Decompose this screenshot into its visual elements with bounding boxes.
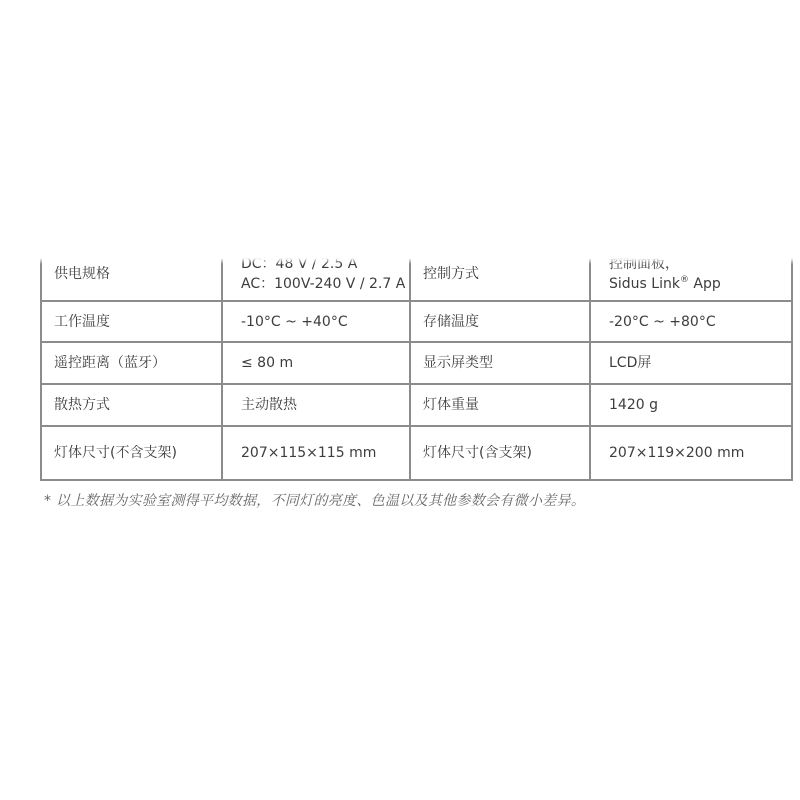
label-remote-range: 遥控距离（蓝牙）: [41, 342, 222, 384]
table-row: 工作温度 -10°C ~ +40°C 存储温度 -20°C ~ +80°C: [41, 301, 792, 342]
value-power-supply: DC：48 V / 2.5 A AC：100V-240 V / 2.7 A: [222, 258, 410, 301]
app-suffix: App: [689, 276, 721, 292]
value-storage-temp: -20°C ~ +80°C: [590, 301, 792, 342]
value-cooling-method: 主动散热: [222, 384, 410, 426]
table-row: 灯体尺寸(不含支架) 207×115×115 mm 灯体尺寸(含支架) 207×…: [41, 426, 792, 480]
value-operating-temp: -10°C ~ +40°C: [222, 301, 410, 342]
label-power-supply: 供电规格: [41, 258, 222, 301]
value-control-method: 控制面板， Sidus Link® App: [590, 258, 792, 301]
spec-table: 供电规格 DC：48 V / 2.5 A AC：100V-240 V / 2.7…: [40, 258, 793, 481]
app-name: Sidus Link: [609, 276, 680, 292]
table-row: 供电规格 DC：48 V / 2.5 A AC：100V-240 V / 2.7…: [41, 258, 792, 301]
label-display-type: 显示屏类型: [410, 342, 590, 384]
label-weight: 灯体重量: [410, 384, 590, 426]
value-size-with-bracket: 207×119×200 mm: [590, 426, 792, 480]
value-control-app: Sidus Link® App: [609, 274, 791, 294]
footnote: * 以上数据为实验室测得平均数据，不同灯的亮度、色温以及其他参数会有微小差异。: [44, 490, 585, 510]
label-size-without-bracket: 灯体尺寸(不含支架): [41, 426, 222, 480]
value-size-without-bracket: 207×115×115 mm: [222, 426, 410, 480]
value-weight: 1420 g: [590, 384, 792, 426]
table-row: 散热方式 主动散热 灯体重量 1420 g: [41, 384, 792, 426]
label-storage-temp: 存储温度: [410, 301, 590, 342]
label-size-with-bracket: 灯体尺寸(含支架): [410, 426, 590, 480]
registered-mark: ®: [680, 275, 689, 285]
label-control-method: 控制方式: [410, 258, 590, 301]
top-fade: [0, 258, 800, 264]
value-power-ac: AC：100V-240 V / 2.7 A: [241, 274, 409, 294]
table-row: 遥控距离（蓝牙） ≤ 80 m 显示屏类型 LCD屏: [41, 342, 792, 384]
value-remote-range: ≤ 80 m: [222, 342, 410, 384]
value-display-type: LCD屏: [590, 342, 792, 384]
label-cooling-method: 散热方式: [41, 384, 222, 426]
label-operating-temp: 工作温度: [41, 301, 222, 342]
spec-table-viewport: 供电规格 DC：48 V / 2.5 A AC：100V-240 V / 2.7…: [0, 258, 800, 498]
